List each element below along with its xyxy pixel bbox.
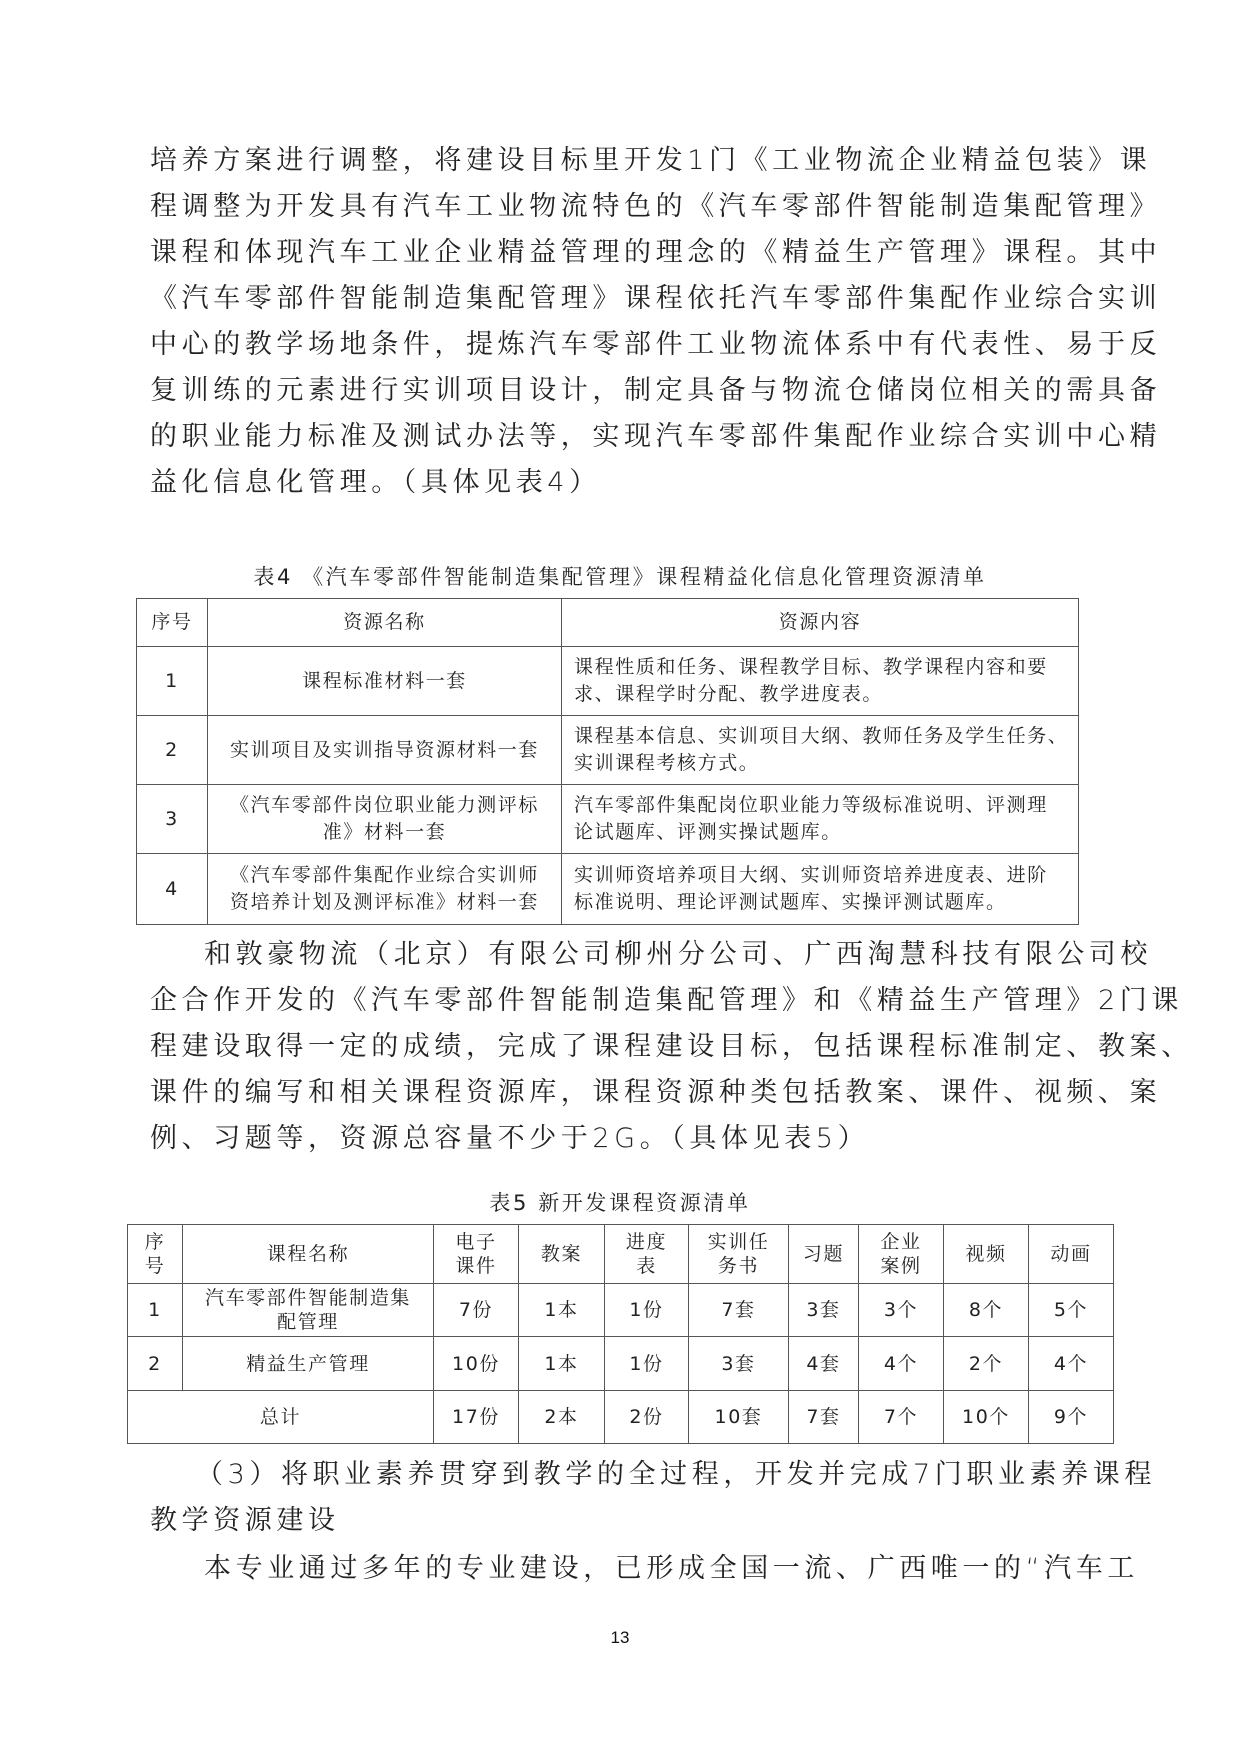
table4-resource-list: 序号 资源名称 资源内容 1 课程标准材料一套 课程性质和任务、课程教学目标、教… — [136, 598, 1079, 925]
header-videos: 视频 — [944, 1225, 1029, 1284]
cell-resource-content: 实训师资培养项目大纲、实训师资培养进度表、进阶标准说明、理论评测试题库、实操评测… — [562, 854, 1079, 925]
cell-value: 7套 — [689, 1284, 789, 1337]
cell-total-value: 2本 — [519, 1391, 605, 1444]
cell-total-value: 17份 — [434, 1391, 519, 1444]
table-total-row: 总计 17份 2本 2份 10套 7套 7个 10个 9个 — [128, 1391, 1114, 1444]
cell-resource-content: 汽车零部件集配岗位职业能力等级标准说明、评测理论试题库、评测实操试题库。 — [562, 785, 1079, 854]
header-lesson-plan: 教案 — [519, 1225, 605, 1284]
text-line: 益化信息化管理。（具体见表4） — [150, 468, 601, 498]
table5-new-course-resources: 序号 课程名称 电子课件 教案 进度表 实训任务书 习题 企业案例 视频 动画 … — [127, 1224, 1114, 1444]
cell-no: 2 — [128, 1337, 183, 1391]
text-line: 和敦豪物流（北京）有限公司柳州分公司、广西淘慧科技有限公司校 — [204, 940, 1152, 970]
cell-value: 2个 — [944, 1337, 1029, 1391]
header-no: 序号 — [137, 599, 208, 647]
cell-value: 5个 — [1029, 1284, 1114, 1337]
cell-no: 3 — [137, 785, 208, 854]
cell-resource-name: 《汽车零部件集配作业综合实训师资培养计划及测评标准》材料一套 — [208, 854, 562, 925]
cell-resource-name: 《汽车零部件岗位职业能力测评标准》材料一套 — [208, 785, 562, 854]
cell-total-value: 2份 — [605, 1391, 689, 1444]
text-line: 程调整为开发具有汽车工业物流特色的《汽车零部件智能制造集配管理》 — [150, 192, 1161, 222]
text-line: 《汽车零部件智能制造集配管理》课程依托汽车零部件集配作业综合实训 — [150, 284, 1161, 314]
table-row: 1 汽车零部件智能制造集配管理 7份 1本 1份 7套 3套 3个 8个 5个 — [128, 1284, 1114, 1337]
text-line: 教学资源建设 — [150, 1506, 340, 1536]
text-line: 培养方案进行调整，将建设目标里开发1门《工业物流企业精益包装》课 — [150, 146, 1151, 176]
cell-value: 3套 — [789, 1284, 859, 1337]
cell-value: 7份 — [434, 1284, 519, 1337]
cell-value: 1份 — [605, 1337, 689, 1391]
cell-value: 8个 — [944, 1284, 1029, 1337]
document-page: 培养方案进行调整，将建设目标里开发1门《工业物流企业精益包装》课 程调整为开发具… — [0, 0, 1240, 1754]
header-e-courseware: 电子课件 — [434, 1225, 519, 1284]
cell-course-name: 精益生产管理 — [183, 1337, 434, 1391]
cell-value: 10份 — [434, 1337, 519, 1391]
table-row: 2 精益生产管理 10份 1本 1份 3套 4套 4个 2个 4个 — [128, 1337, 1114, 1391]
cell-total-value: 10个 — [944, 1391, 1029, 1444]
table5-caption: 表5 新开发课程资源清单 — [0, 1190, 1240, 1216]
cell-total-value: 10套 — [689, 1391, 789, 1444]
table-row: 2 实训项目及实训指导资源材料一套 课程基本信息、实训项目大纲、教师任务及学生任… — [137, 716, 1079, 785]
cell-no: 1 — [128, 1284, 183, 1337]
table-header-row: 序号 资源名称 资源内容 — [137, 599, 1079, 647]
cell-total-value: 9个 — [1029, 1391, 1114, 1444]
text-line: 例、习题等，资源总容量不少于2G。（具体见表5） — [150, 1124, 869, 1154]
table-row: 1 课程标准材料一套 课程性质和任务、课程教学目标、教学课程内容和要求、课程学时… — [137, 647, 1079, 716]
cell-resource-content: 课程基本信息、实训项目大纲、教师任务及学生任务、实训课程考核方式。 — [562, 716, 1079, 785]
cell-total-value: 7套 — [789, 1391, 859, 1444]
cell-course-name: 汽车零部件智能制造集配管理 — [183, 1284, 434, 1337]
text-line: 本专业通过多年的专业建设，已形成全国一流、广西唯一的“汽车工 — [204, 1554, 1139, 1584]
cell-total-label: 总计 — [128, 1391, 434, 1444]
cell-value: 4个 — [1029, 1337, 1114, 1391]
text-line: 中心的教学场地条件，提炼汽车零部件工业物流体系中有代表性、易于反 — [150, 330, 1161, 360]
cell-resource-content: 课程性质和任务、课程教学目标、教学课程内容和要求、课程学时分配、教学进度表。 — [562, 647, 1079, 716]
text-line: （3）将职业素养贯穿到教学的全过程，开发并完成7门职业素养课程 — [196, 1460, 1156, 1490]
cell-no: 4 — [137, 854, 208, 925]
cell-value: 3个 — [859, 1284, 944, 1337]
header-schedule: 进度表 — [605, 1225, 689, 1284]
header-resource-content: 资源内容 — [562, 599, 1079, 647]
table-row: 4 《汽车零部件集配作业综合实训师资培养计划及测评标准》材料一套 实训师资培养项… — [137, 854, 1079, 925]
header-resource-name: 资源名称 — [208, 599, 562, 647]
header-course-name: 课程名称 — [183, 1225, 434, 1284]
text-line: 程建设取得一定的成绩，完成了课程建设目标，包括课程标准制定、教案、 — [150, 1032, 1193, 1062]
text-line: 的职业能力标准及测试办法等，实现汽车零部件集配作业综合实训中心精 — [150, 422, 1161, 452]
cell-no: 2 — [137, 716, 208, 785]
table4-caption: 表4 《汽车零部件智能制造集配管理》课程精益化信息化管理资源清单 — [0, 564, 1240, 590]
header-exercises: 习题 — [789, 1225, 859, 1284]
page-number: 13 — [0, 1628, 1240, 1648]
header-training-taskbook: 实训任务书 — [689, 1225, 789, 1284]
table-header-row: 序号 课程名称 电子课件 教案 进度表 实训任务书 习题 企业案例 视频 动画 — [128, 1225, 1114, 1284]
cell-total-value: 7个 — [859, 1391, 944, 1444]
cell-resource-name: 课程标准材料一套 — [208, 647, 562, 716]
cell-value: 3套 — [689, 1337, 789, 1391]
cell-value: 1份 — [605, 1284, 689, 1337]
cell-resource-name: 实训项目及实训指导资源材料一套 — [208, 716, 562, 785]
cell-value: 4套 — [789, 1337, 859, 1391]
header-enterprise-cases: 企业案例 — [859, 1225, 944, 1284]
header-no: 序号 — [128, 1225, 183, 1284]
cell-value: 1本 — [519, 1284, 605, 1337]
table-row: 3 《汽车零部件岗位职业能力测评标准》材料一套 汽车零部件集配岗位职业能力等级标… — [137, 785, 1079, 854]
text-line: 企合作开发的《汽车零部件智能制造集配管理》和《精益生产管理》2门课 — [150, 986, 1183, 1016]
cell-no: 1 — [137, 647, 208, 716]
text-line: 课件的编写和相关课程资源库，课程资源种类包括教案、课件、视频、案 — [150, 1078, 1161, 1108]
cell-value: 4个 — [859, 1337, 944, 1391]
cell-value: 1本 — [519, 1337, 605, 1391]
header-animations: 动画 — [1029, 1225, 1114, 1284]
text-line: 课程和体现汽车工业企业精益管理的理念的《精益生产管理》课程。其中 — [150, 238, 1161, 268]
text-line: 复训练的元素进行实训项目设计，制定具备与物流仓储岗位相关的需具备 — [150, 376, 1161, 406]
